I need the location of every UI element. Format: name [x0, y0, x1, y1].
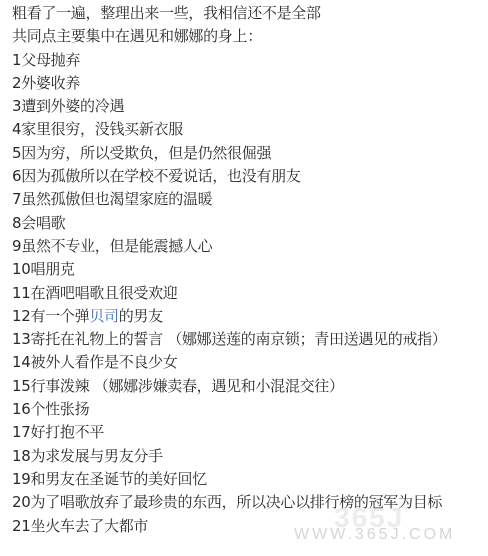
list-item: 18为求发展与男友分手 [12, 445, 488, 468]
item-text: 唱朋克 [31, 260, 75, 278]
list-item: 17好打抱不平 [12, 421, 488, 444]
list-item: 21坐火车去了大都市 [12, 515, 488, 538]
item-text: 为了唱歌放弃了最珍贵的东西，所以决心以排行榜的冠军为目标 [31, 493, 443, 511]
item-text: 虽然不专业，但是能震撼人心 [21, 237, 212, 255]
list-item: 3遭到外婆的冷遇 [12, 95, 488, 118]
item-number: 18 [12, 447, 31, 465]
item-number: 19 [12, 470, 31, 488]
item-text: 的男友 [119, 307, 163, 325]
item-text: 坐火车去了大都市 [31, 517, 149, 535]
list-item: 2外婆收养 [12, 72, 488, 95]
item-text: 为求发展与男友分手 [31, 447, 163, 465]
bass-link[interactable]: 贝司 [89, 307, 118, 325]
item-number: 20 [12, 493, 31, 511]
item-text: 行事泼辣 （娜娜涉嫌卖春，遇见和小混混交往） [31, 377, 344, 395]
list-item: 16个性张扬 [12, 398, 488, 421]
item-number: 1 [12, 51, 21, 69]
item-number: 4 [12, 120, 21, 138]
item-text: 个性张扬 [31, 400, 90, 418]
list-item: 7虽然孤傲但也渴望家庭的温暖 [12, 188, 488, 211]
item-number: 21 [12, 517, 31, 535]
item-number: 2 [12, 74, 21, 92]
intro-line-2: 共同点主要集中在遇见和娜娜的身上： [12, 25, 488, 48]
list-item: 13寄托在礼物上的誓言 （娜娜送莲的南京锁；青田送遇见的戒指） [12, 328, 488, 351]
list-item: 4家里很穷，没钱买新衣服 [12, 118, 488, 141]
post-content: 粗看了一遍，整理出来一些，我相信还不是全部 共同点主要集中在遇见和娜娜的身上： … [12, 2, 488, 538]
intro-line-1: 粗看了一遍，整理出来一些，我相信还不是全部 [12, 2, 488, 25]
item-number: 6 [12, 167, 21, 185]
item-number: 17 [12, 423, 31, 441]
item-text: 在酒吧唱歌且很受欢迎 [31, 284, 178, 302]
item-text: 和男友在圣诞节的美好回忆 [31, 470, 207, 488]
item-text: 因为穷，所以受欺负，但是仍然很倔强 [21, 144, 271, 162]
list-item: 10唱朋克 [12, 258, 488, 281]
item-text: 寄托在礼物上的誓言 （娜娜送莲的南京锁；青田送遇见的戒指） [31, 330, 447, 348]
item-number: 9 [12, 237, 21, 255]
list-item: 5因为穷，所以受欺负，但是仍然很倔强 [12, 142, 488, 165]
list-item: 11在酒吧唱歌且很受欢迎 [12, 282, 488, 305]
list-item: 8会唱歌 [12, 212, 488, 235]
item-text: 虽然孤傲但也渴望家庭的温暖 [21, 190, 212, 208]
item-number: 16 [12, 400, 31, 418]
item-number: 10 [12, 260, 31, 278]
item-number: 11 [12, 284, 31, 302]
item-number: 15 [12, 377, 31, 395]
item-text: 因为孤傲所以在学校不爱说话，也没有朋友 [21, 167, 300, 185]
list-item: 15行事泼辣 （娜娜涉嫌卖春，遇见和小混混交往） [12, 375, 488, 398]
list-item: 9虽然不专业，但是能震撼人心 [12, 235, 488, 258]
list-item: 12有一个弹贝司的男友 [12, 305, 488, 328]
list-item: 19和男友在圣诞节的美好回忆 [12, 468, 488, 491]
item-text: 家里很穷，没钱买新衣服 [21, 120, 183, 138]
item-number: 7 [12, 190, 21, 208]
item-text: 被外人看作是不良少女 [31, 353, 178, 371]
list-item: 14被外人看作是不良少女 [12, 351, 488, 374]
item-text: 父母抛弃 [21, 51, 80, 69]
item-text: 遭到外婆的冷遇 [21, 97, 124, 115]
item-number: 14 [12, 353, 31, 371]
item-number: 3 [12, 97, 21, 115]
item-text: 外婆收养 [21, 74, 80, 92]
list-item: 20为了唱歌放弃了最珍贵的东西，所以决心以排行榜的冠军为目标 [12, 491, 488, 514]
item-text: 会唱歌 [21, 214, 65, 232]
list-item: 6因为孤傲所以在学校不爱说话，也没有朋友 [12, 165, 488, 188]
item-text: 好打抱不平 [31, 423, 105, 441]
item-number: 8 [12, 214, 21, 232]
item-number: 5 [12, 144, 21, 162]
item-number: 12 [12, 307, 31, 325]
item-text: 有一个弹 [31, 307, 90, 325]
item-number: 13 [12, 330, 31, 348]
list-item: 1父母抛弃 [12, 49, 488, 72]
